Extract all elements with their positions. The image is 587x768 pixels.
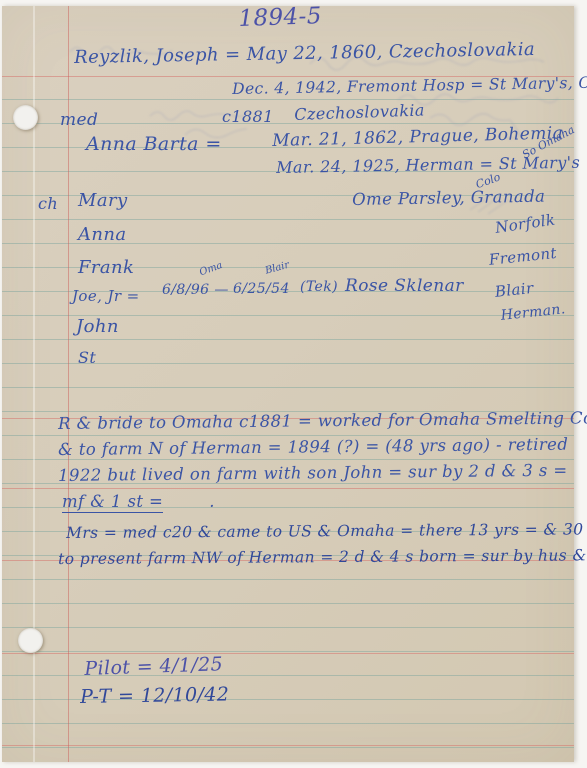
notes-mrs-line: Mrs = med c20 & came to US & Omaha = the… <box>66 520 587 542</box>
pink-rule-line <box>2 488 574 489</box>
joe-birth-date: 6/8/96 — <box>162 282 229 298</box>
underlined-note: mf & 1 st = <box>62 492 163 513</box>
child-name: Joe, Jr = <box>72 287 140 305</box>
page-title: 1894-5 <box>238 3 322 32</box>
child-name: Anna <box>78 224 127 245</box>
spouse-name: Anna Barta = <box>86 133 222 155</box>
joe-note: (Tek) <box>300 279 338 295</box>
notes-joseph-line: mf & 1 st =. <box>62 492 215 511</box>
punch-hole-bottom <box>18 628 43 653</box>
married-year: c1881 <box>222 107 274 126</box>
child-name: Mary <box>78 190 128 211</box>
pink-rule-line <box>2 745 574 746</box>
pink-rule-line <box>2 653 574 654</box>
child-name: St <box>78 348 96 367</box>
child-name: John <box>76 316 119 337</box>
source-pilot-tribune: P-T = 12/10/42 <box>80 683 229 708</box>
child-name: Frank <box>78 257 134 278</box>
mary-spouse-name: Ome Parsley, Granada <box>352 187 545 209</box>
joe-spouse-name: Rose Sklenar <box>345 276 464 296</box>
notes-mrs-line: to present farm NW of Herman = 2 d & 4 s… <box>58 546 587 568</box>
children-abbr: ch <box>38 194 58 213</box>
scanned-notebook-page: 1894-5 Reyzlik, Joseph = May 22, 1860, C… <box>0 0 587 768</box>
note-period: . <box>209 492 215 511</box>
married-abbr: med <box>60 110 98 130</box>
punch-hole-top <box>13 105 38 130</box>
joe-death-date: 6/25/54 <box>233 281 290 297</box>
